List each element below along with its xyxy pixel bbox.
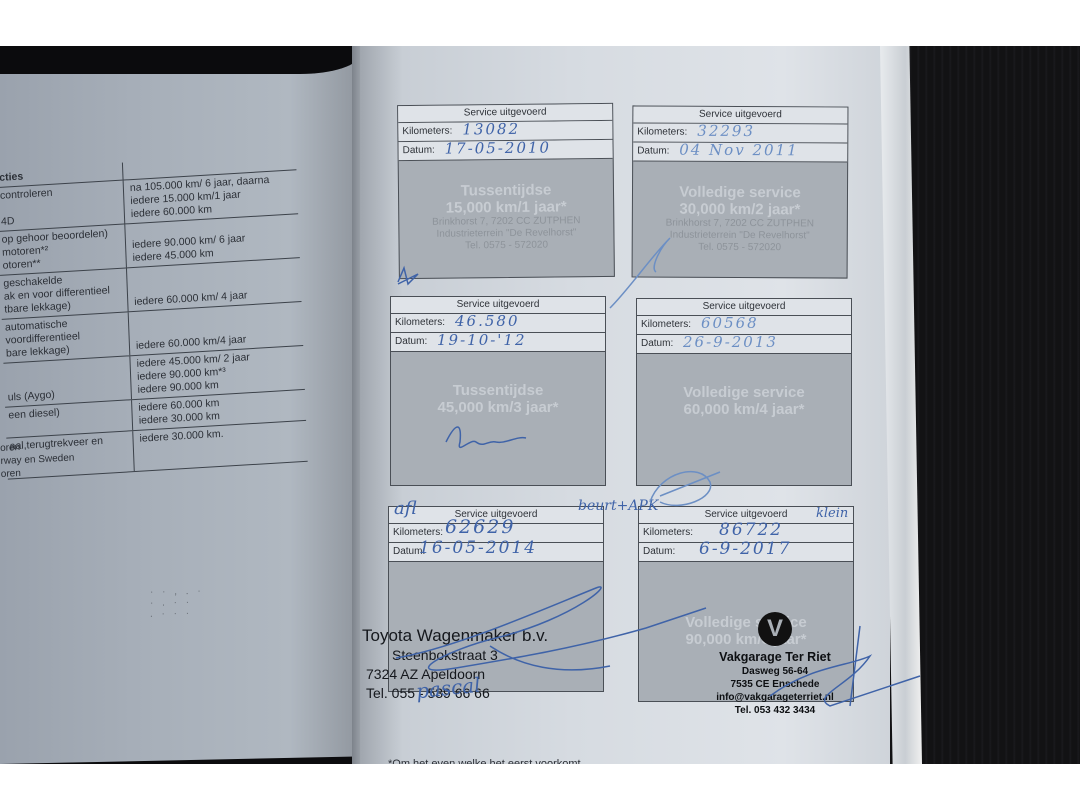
date-handwritten: 26-9-2013 bbox=[683, 333, 778, 351]
dealer-stamp-vakgarage-ter-riet: V Vakgarage Ter Riet Dasweg 56-64 7535 C… bbox=[690, 612, 860, 717]
km-handwritten: 60568 bbox=[701, 314, 759, 332]
handwritten-note-beurt-apk: beurt+APK bbox=[578, 498, 658, 514]
left-page: cties controleren 4Dna 105.000 km/ 6 jaa… bbox=[0, 52, 362, 764]
service-type-label: Tussentijdse 45,000 km/3 jaar* bbox=[391, 352, 605, 486]
date-handwritten: 6-9-2017 bbox=[699, 540, 791, 558]
service-type-label: Volledige service 60,000 km/4 jaar* bbox=[637, 354, 851, 486]
service-entry-1: Service uitgevoerd Kilometers:13082 Datu… bbox=[397, 103, 615, 279]
service-entry-3: Service uitgevoerd Kilometers:46.580 Dat… bbox=[390, 296, 606, 486]
maintenance-schedule-table: cties controleren 4Dna 105.000 km/ 6 jaa… bbox=[0, 152, 308, 479]
km-handwritten: 86722 bbox=[719, 521, 783, 539]
table-footnotes: oren rway en Sweden oren bbox=[0, 439, 75, 481]
km-handwritten: 46.580 bbox=[455, 312, 520, 330]
service-booklet-photo: cties controleren 4Dna 105.000 km/ 6 jaa… bbox=[0, 46, 1080, 764]
footnote: *Om het even welke het eerst voorkomt bbox=[388, 758, 581, 764]
handwritten-note-afl: afl bbox=[394, 498, 417, 519]
date-handwritten: 17-05-2010 bbox=[444, 139, 551, 158]
km-handwritten: 32293 bbox=[697, 122, 755, 140]
date-handwritten: 04 Nov 2011 bbox=[679, 141, 799, 160]
date-handwritten: 16-05-2014 bbox=[419, 539, 537, 557]
service-entry-4: Service uitgevoerd Kilometers:60568 Datu… bbox=[636, 298, 852, 486]
km-handwritten: 62629 bbox=[445, 518, 515, 536]
service-entry-2: Service uitgevoerd Kilometers:32293 Datu… bbox=[632, 105, 849, 278]
handwritten-note-klein: klein bbox=[816, 506, 848, 521]
date-handwritten: 19-10-'12 bbox=[437, 331, 527, 349]
service-type-label: Tussentijdse 15,000 km/1 jaar* Brinkhors… bbox=[399, 159, 614, 279]
vakgarage-logo-icon: V bbox=[758, 612, 792, 646]
km-handwritten: 13082 bbox=[462, 120, 520, 139]
dark-background-top bbox=[0, 46, 360, 74]
service-type-label: Volledige service 30,000 km/2 jaar* Brin… bbox=[633, 161, 848, 278]
faded-stamp-residue: · · , . · · . · · . · · · bbox=[150, 584, 300, 657]
